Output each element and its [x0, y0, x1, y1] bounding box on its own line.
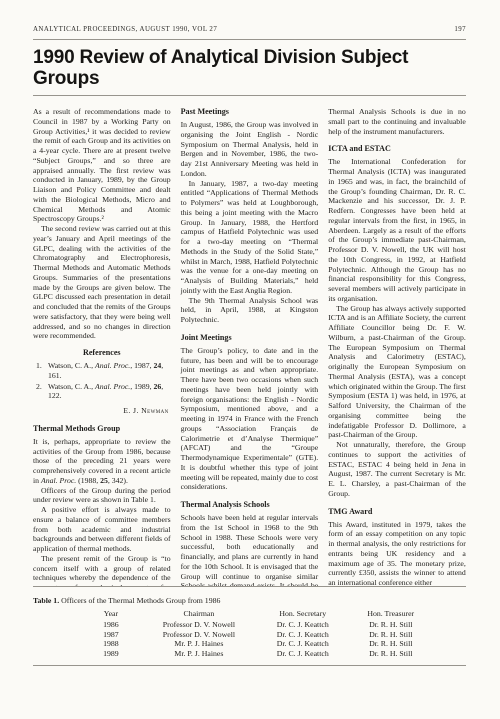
paragraph: The Group’s policy, to date and in the f…: [181, 346, 319, 492]
references-heading: References: [33, 348, 171, 358]
table-cell: Mr. P. J. Haines: [141, 649, 257, 659]
table-header: Hon. Secretary: [257, 609, 349, 620]
header-rule: [33, 39, 466, 40]
paragraph: A positive effort is always made to ensu…: [33, 505, 171, 554]
table-cell: Dr. C. J. Keattch: [257, 649, 349, 659]
table-caption-text: Officers of the Thermal Methods Group fr…: [59, 596, 220, 605]
column-3: Thermal Analysis Schools is due in no sm…: [328, 107, 466, 586]
section-heading: ICTA and ESTAC: [328, 144, 466, 154]
column-2: Past MeetingsIn August, 1986, the Group …: [181, 107, 319, 586]
reference-number: 1.: [36, 361, 42, 371]
reference-number: 2.: [36, 382, 42, 392]
paragraph: Officers of the Group during the period …: [33, 486, 171, 506]
title-rule: [33, 95, 466, 96]
table-row: 1986Professor D. V. NowellDr. C. J. Keat…: [81, 620, 433, 630]
paragraph: The International Confederation for Ther…: [328, 157, 466, 303]
running-head: ANALYTICAL PROCEEDINGS, AUGUST 1990, VOL…: [33, 26, 466, 33]
section-heading: Past Meetings: [181, 107, 319, 117]
paragraph: This Award, instituted in 1979, takes th…: [328, 520, 466, 587]
paragraph: In January, 1987, a two-day meeting enti…: [181, 179, 319, 296]
paragraph: The second review was carried out at thi…: [33, 224, 171, 341]
paragraph: Thermal Analysis Schools is due in no sm…: [328, 107, 466, 136]
officers-table: YearChairmanHon. SecretaryHon. Treasurer…: [81, 609, 433, 659]
table-cell: Dr. R. H. Still: [349, 620, 434, 630]
journal-header-text: ANALYTICAL PROCEEDINGS, AUGUST 1990, VOL…: [33, 26, 217, 33]
reference-item: 1.Watson, C. A., Anal. Proc., 1987, 24, …: [33, 361, 171, 381]
table-row: 1987Professor D. V. NowellDr. C. J. Keat…: [81, 630, 433, 640]
paragraph: As a result of recommendations made to C…: [33, 107, 171, 224]
paragraph: In August, 1986, the Group was involved …: [181, 120, 319, 179]
table-cell: 1987: [81, 630, 141, 640]
author-signature: E. J. Newman: [33, 406, 169, 416]
column-1: As a result of recommendations made to C…: [33, 107, 171, 586]
table-cell: Mr. P. J. Haines: [141, 639, 257, 649]
article-title: 1990 Review of Analytical Division Subje…: [33, 48, 466, 89]
table-cell: 1988: [81, 639, 141, 649]
table-cell: 1989: [81, 649, 141, 659]
paragraph: The present remit of the Group is “to co…: [33, 554, 171, 586]
table-cell: Dr. C. J. Keattch: [257, 620, 349, 630]
table-cell: Dr. R. H. Still: [349, 649, 434, 659]
table-header-row: YearChairmanHon. SecretaryHon. Treasurer: [81, 609, 433, 620]
paragraph: Not unnaturally, therefore, the Group co…: [328, 440, 466, 499]
journal-page: ANALYTICAL PROCEEDINGS, AUGUST 1990, VOL…: [0, 0, 500, 719]
table-header: Year: [81, 609, 141, 620]
article-columns: As a result of recommendations made to C…: [33, 107, 466, 586]
section-heading: Thermal Analysis Schools: [181, 500, 319, 510]
table-cell: 1986: [81, 620, 141, 630]
paragraph: The 9th Thermal Analysis School was held…: [181, 296, 319, 325]
paragraph: Schools have been held at regular interv…: [181, 513, 319, 586]
reference-item: 2.Watson, C. A., Anal. Proc., 1989, 26, …: [33, 382, 171, 402]
officers-table-head: YearChairmanHon. SecretaryHon. Treasurer: [81, 609, 433, 620]
table-row: 1989Mr. P. J. HainesDr. C. J. KeattchDr.…: [81, 649, 433, 659]
paragraph: It is, perhaps, appropriate to review th…: [33, 437, 171, 486]
table-header: Hon. Treasurer: [349, 609, 434, 620]
table-cell: Dr. R. H. Still: [349, 639, 434, 649]
section-heading: Thermal Methods Group: [33, 424, 171, 434]
table-cell: Dr. C. J. Keattch: [257, 630, 349, 640]
paragraph: The Group has always actively supported …: [328, 304, 466, 441]
table-caption-label: Table 1.: [33, 596, 59, 605]
section-heading: TMG Award: [328, 507, 466, 517]
table-header: Chairman: [141, 609, 257, 620]
table-bottom-rule: [33, 665, 466, 666]
table-top-rule: [33, 586, 466, 587]
table-cell: Professor D. V. Nowell: [141, 620, 257, 630]
table-cell: Dr. R. H. Still: [349, 630, 434, 640]
section-heading: Joint Meetings: [181, 333, 319, 343]
table-caption: Table 1. Officers of the Thermal Methods…: [33, 596, 466, 605]
officers-table-body: 1986Professor D. V. NowellDr. C. J. Keat…: [81, 620, 433, 659]
page-number: 197: [454, 26, 466, 33]
table-cell: Dr. C. J. Keattch: [257, 639, 349, 649]
table-cell: Professor D. V. Nowell: [141, 630, 257, 640]
table-row: 1988Mr. P. J. HainesDr. C. J. KeattchDr.…: [81, 639, 433, 649]
